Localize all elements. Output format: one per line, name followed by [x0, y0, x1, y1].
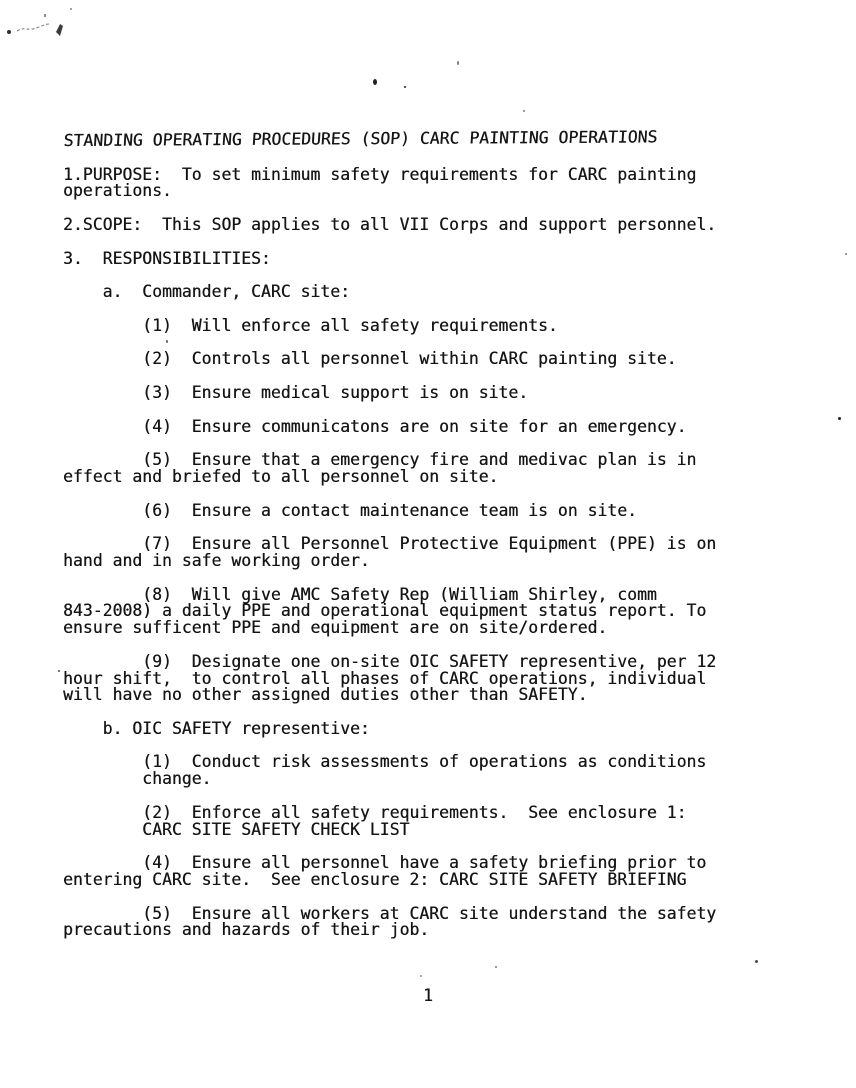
paragraph-a8: (8) Will give AMC Safety Rep (William Sh… — [63, 587, 803, 637]
pen-mark — [4, 6, 94, 46]
paragraph-a4: (4) Ensure communicatons are on site for… — [63, 419, 803, 436]
paragraph-a6: (6) Ensure a contact maintenance team is… — [63, 503, 803, 520]
paragraph-b5: (5) Ensure all workers at CARC site unde… — [63, 906, 803, 940]
paragraph-commander-head: a. Commander, CARC site: — [63, 284, 803, 301]
paragraph-a3: (3) Ensure medical support is on site. — [63, 385, 803, 402]
paragraph-b1: (1) Conduct risk assessments of operatio… — [63, 754, 803, 788]
paragraph-a7: (7) Ensure all Personnel Protective Equi… — [63, 536, 803, 570]
paragraph-b4: (4) Ensure all personnel have a safety b… — [63, 855, 803, 889]
scan-speck — [420, 975, 422, 977]
document-page: STANDING OPERATING PROCEDURES (SOP) CARC… — [0, 0, 856, 1088]
paragraph-a9: (9) Designate one on-site OIC SAFETY rep… — [63, 654, 803, 704]
document-body: STANDING OPERATING PROCEDURES (SOP) CARC… — [63, 133, 803, 939]
scan-speck — [58, 670, 60, 672]
scan-speck — [373, 79, 377, 85]
scan-speck — [495, 966, 497, 968]
paragraph-scope: 2.SCOPE: This SOP applies to all VII Cor… — [63, 217, 803, 234]
scan-speck — [523, 110, 525, 112]
scan-speck — [845, 253, 847, 255]
scan-speck — [404, 86, 406, 88]
paragraph-purpose: 1.PURPOSE: To set minimum safety require… — [63, 167, 803, 201]
paragraph-a5: (5) Ensure that a emergency fire and med… — [63, 452, 803, 486]
paragraph-a2: (2) Controls all personnel within CARC p… — [63, 351, 803, 368]
scan-speck — [755, 960, 758, 963]
scan-speck — [457, 61, 459, 65]
paragraph-b2: (2) Enforce all safety requirements. See… — [63, 805, 803, 839]
paragraph-responsibilities: 3. RESPONSIBILITIES: — [63, 251, 803, 268]
scan-speck — [838, 417, 841, 420]
page-number: 1 — [0, 988, 856, 1005]
paragraph-a1: (1) Will enforce all safety requirements… — [63, 318, 803, 335]
document-title: STANDING OPERATING PROCEDURES (SOP) CARC… — [63, 128, 804, 149]
paragraph-oic-head: b. OIC SAFETY representive: — [63, 721, 803, 738]
